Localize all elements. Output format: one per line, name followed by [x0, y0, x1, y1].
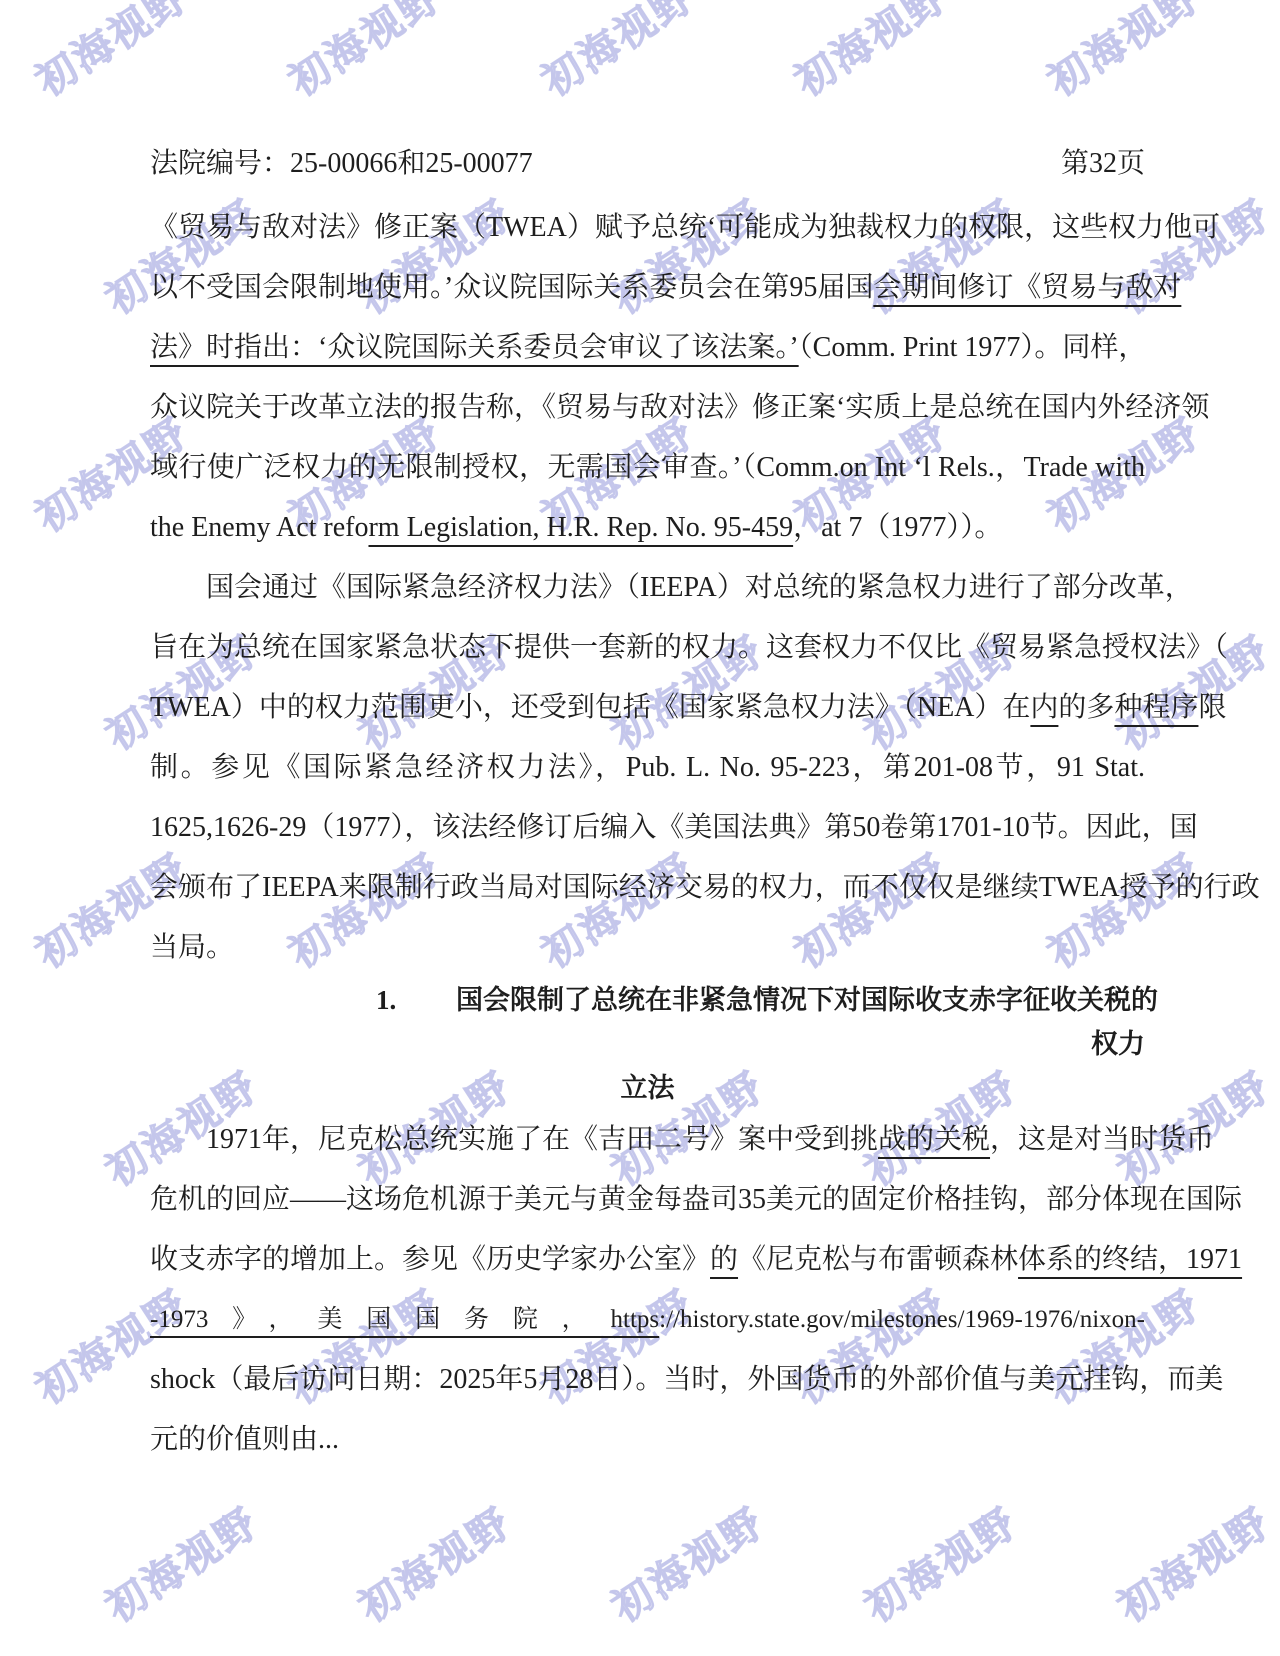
text-line: 众议院关于改革立法的报告称，《贸易与敌对法》修正案‘实质上是总统在国内外经济领	[150, 378, 1145, 438]
text-segment: （Comm. Print 1977）。同样，	[799, 332, 1147, 363]
text-segment: ，at 7（1977））。	[793, 512, 1002, 543]
text-segment: 国会限制了总统在非紧急情况下对国际收支赤字征收关税的	[456, 985, 1158, 1015]
underlined-text: 会期间修订《贸易与敌对	[873, 272, 1181, 303]
text-line: 当局。	[150, 918, 1145, 978]
text-segment: 当局。	[150, 932, 234, 963]
document-body: 《贸易与敌对法》修正案（TWEA）赋予总统‘可能成为独裁权力的权限，这些权力他可…	[150, 198, 1145, 1470]
text-segment: 众议院关于改革立法的报告称，《贸易与敌对法》修正案‘实质上是总统在国内外经济领	[150, 392, 1209, 423]
heading-number: 1.	[376, 978, 456, 1022]
text-segment: 会颁布了IEEPA来限制行政当局对国际经济交易的权力，而不仅仅是继续TWEA授予…	[150, 872, 1260, 903]
text-segment: 的多	[1058, 692, 1114, 723]
text-line: 危机的回应——这场危机源于美元与黄金每盎司35美元的固定价格挂钩，部分体现在国际	[150, 1170, 1145, 1230]
underlined-text: 体系的终结，1971	[1018, 1244, 1242, 1275]
text-segment: shock（最后访问日期：2025年5月28日）。当时，外国货币的外部价值与美元…	[150, 1364, 1223, 1395]
underlined-text: rm Legislation, H.R. Rep. No. 95-459	[368, 512, 793, 543]
text-line: the Enemy Act reform Legislation, H.R. R…	[150, 498, 1145, 558]
text-segment: 制。参见《国际紧急经济权力法》，Pub. L. No. 95-223，第201-…	[150, 752, 1145, 783]
text-segment: 以不受国会限制地使用。’众议院国际关系委员会在第95届国	[150, 272, 873, 303]
text-line: 国会通过《国际紧急经济权力法》（IEEPA）对总统的紧急权力进行了部分改革，	[150, 558, 1145, 618]
text-line: 旨在为总统在国家紧急状态下提供一套新的权力。这套权力不仅比《贸易紧急授权法》（	[150, 618, 1145, 678]
text-segment: TWEA）中的权力范围更小，还受到包括《国家紧急权力法》（NEA）在	[150, 692, 1030, 723]
text-line: 1971年，尼克松总统实施了在《吉田二号》案中受到挑战的关税，这是对当时货币	[150, 1110, 1145, 1170]
text-line: -1973》，美国国务院，https://history.state.gov/m…	[150, 1290, 1145, 1350]
section-heading-line: 立法	[150, 1066, 1145, 1110]
text-segment: ://history.state.gov/milestones/1969-197…	[659, 1306, 1145, 1333]
text-segment: 危机的回应——这场危机源于美元与黄金每盎司35美元的固定价格挂钩，部分体现在国际	[150, 1184, 1242, 1215]
text-line: 会颁布了IEEPA来限制行政当局对国际经济交易的权力，而不仅仅是继续TWEA授予…	[150, 858, 1145, 918]
text-segment: 1625,1626-29（1977），该法经修订后编入《美国法典》第50卷第17…	[150, 812, 1198, 843]
text-segment: 权力	[1091, 1029, 1145, 1059]
page-number-label: 第32页	[1061, 146, 1145, 182]
text-line: 制。参见《国际紧急经济权力法》，Pub. L. No. 95-223，第201-…	[150, 738, 1145, 798]
text-line: 元的价值则由...	[150, 1410, 1145, 1470]
section-heading-line: 1.国会限制了总统在非紧急情况下对国际收支赤字征收关税的	[150, 978, 1145, 1022]
text-layer: 法院编号：25-00066和25-00077 第32页 《贸易与敌对法》修正案（…	[0, 0, 1280, 1656]
text-line: 1625,1626-29（1977），该法经修订后编入《美国法典》第50卷第17…	[150, 798, 1145, 858]
text-line: TWEA）中的权力范围更小，还受到包括《国家紧急权力法》（NEA）在内的多种程序…	[150, 678, 1145, 738]
underlined-text: 的	[710, 1244, 738, 1275]
text-segment: 元的价值则由...	[150, 1424, 339, 1455]
text-segment: ，这是对当时货币	[990, 1124, 1214, 1155]
section-heading-line: 权力	[150, 1022, 1145, 1066]
underlined-text: 战的关税	[878, 1124, 990, 1155]
underlined-text: 种程序	[1114, 692, 1198, 723]
text-line: 法》时指出：‘众议院国际关系委员会审议了该法案。’（Comm. Print 19…	[150, 318, 1145, 378]
text-line: 以不受国会限制地使用。’众议院国际关系委员会在第95届国会期间修订《贸易与敌对	[150, 258, 1145, 318]
text-segment: 《贸易与敌对法》修正案（TWEA）赋予总统‘可能成为独裁权力的权限，这些权力他可	[150, 212, 1220, 243]
page-header: 法院编号：25-00066和25-00077 第32页	[150, 146, 1145, 182]
case-number-label: 法院编号：25-00066和25-00077	[150, 146, 533, 182]
text-segment: 限	[1198, 692, 1226, 723]
text-line: 《贸易与敌对法》修正案（TWEA）赋予总统‘可能成为独裁权力的权限，这些权力他可	[150, 198, 1145, 258]
text-segment: 收支赤字的增加上。参见《历史学家办公室》	[150, 1244, 710, 1275]
text-segment: 国会通过《国际紧急经济权力法》（IEEPA）对总统的紧急权力进行了部分改革，	[206, 572, 1193, 603]
underlined-text: 法》时指出：‘众议院国际关系委员会审议了该法案。’	[150, 332, 799, 363]
text-segment: the Enemy Act refo	[150, 512, 368, 543]
text-line: shock（最后访问日期：2025年5月28日）。当时，外国货币的外部价值与美元…	[150, 1350, 1145, 1410]
text-segment: 旨在为总统在国家紧急状态下提供一套新的权力。这套权力不仅比《贸易紧急授权法》（	[150, 632, 1228, 663]
underlined-text: 内	[1030, 692, 1058, 723]
text-segment: 立法	[621, 1073, 675, 1103]
document-page: 初海视野初海视野初海视野初海视野初海视野初海视野初海视野初海视野初海视野初海视野…	[0, 0, 1280, 1656]
text-line: 收支赤字的增加上。参见《历史学家办公室》的《尼克松与布雷顿森林体系的终结，197…	[150, 1230, 1145, 1290]
text-segment: 《尼克松与布雷顿森林	[738, 1244, 1018, 1275]
text-segment: 1971年，尼克松总统实施了在《吉田二号》案中受到挑	[206, 1124, 878, 1155]
underlined-text: -1973》，美国国务院，https	[150, 1306, 659, 1333]
text-line: 域行使广泛权力的无限制授权，无需国会审查。’（Comm.on Int ‘l Re…	[150, 438, 1145, 498]
text-segment: 域行使广泛权力的无限制授权，无需国会审查。’（Comm.on Int ‘l Re…	[150, 452, 1145, 483]
